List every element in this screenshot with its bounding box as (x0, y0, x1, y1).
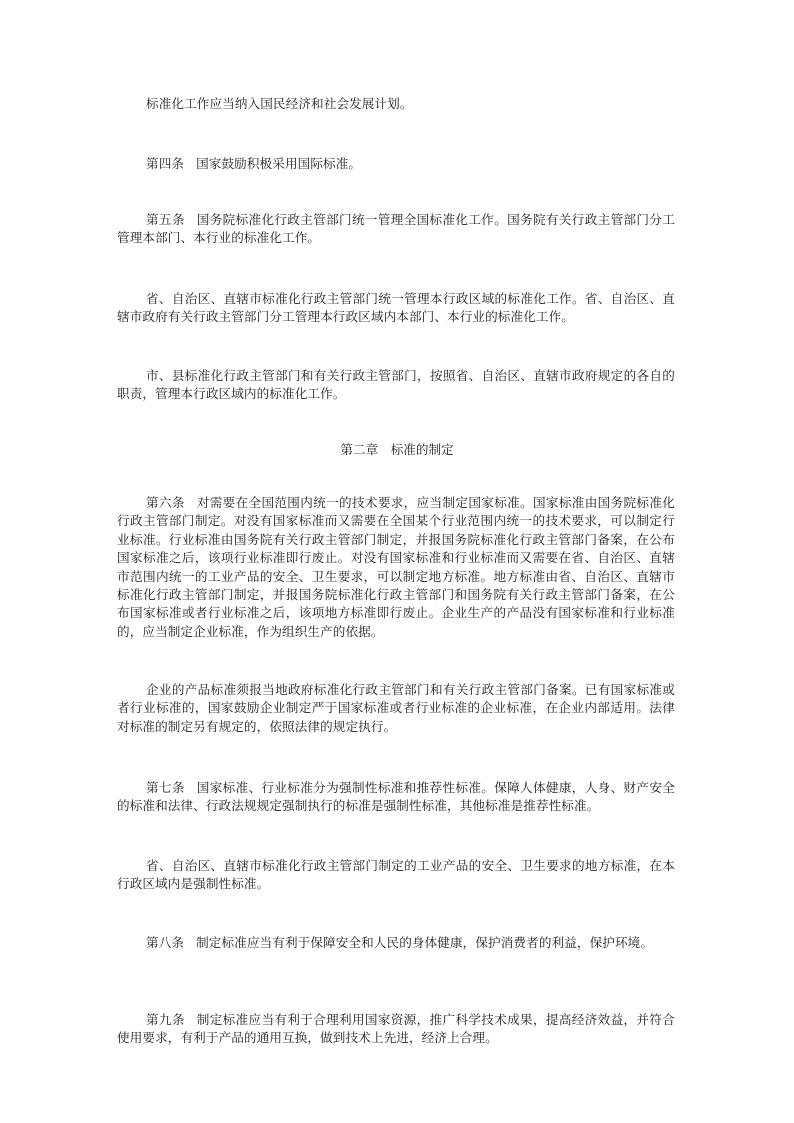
article-number: 第四条 (146, 156, 184, 171)
article-9: 第九条制定标准应当有利于合理利用国家资源，推广科学技术成果，提高经济效益，并符合… (117, 1011, 675, 1048)
article-number: 第六条 (146, 495, 185, 510)
paragraph-text: 省、自治区、直辖市标准化行政主管部门制定的工业产品的安全、卫生要求的地方标准，在… (117, 858, 675, 891)
paragraph-local-mandatory: 省、自治区、直辖市标准化行政主管部门制定的工业产品的安全、卫生要求的地方标准，在… (117, 857, 675, 894)
paragraph-provincial-management: 省、自治区、直辖市标准化行政主管部门统一管理本行政区域的标准化工作。省、自治区、… (117, 290, 675, 327)
paragraph-text: 标准化工作应当纳入国民经济和社会发展计划。 (146, 96, 413, 111)
paragraph-text: 国务院标准化行政主管部门统一管理全国标准化工作。国务院有关行政主管部门分工管理本… (117, 212, 675, 245)
paragraph-text: 制定标准应当有利于合理利用国家资源，推广科学技术成果，提高经济效益，并符合使用要… (117, 1012, 675, 1045)
article-number: 第五条 (146, 212, 185, 227)
article-7: 第七条国家标准、行业标准分为强制性标准和推荐性标准。保障人体健康，人身、财产安全… (117, 779, 675, 816)
article-8: 第八条制定标准应当有利于保障安全和人民的身体健康，保护消费者的利益，保护环境。 (117, 934, 675, 952)
article-5: 第五条国务院标准化行政主管部门统一管理全国标准化工作。国务院有关行政主管部门分工… (117, 211, 675, 248)
paragraph-text: 国家标准、行业标准分为强制性标准和推荐性标准。保障人体健康，人身、财产安全的标准… (117, 780, 675, 813)
article-number: 第九条 (146, 1012, 185, 1027)
article-number: 第七条 (146, 780, 185, 795)
paragraph-text: 企业的产品标准须报当地政府标准化行政主管部门和有关行政主管部门备案。已有国家标准… (117, 682, 675, 734)
paragraph-text: 对需要在全国范围内统一的技术要求，应当制定国家标准。国家标准由国务院标准化行政主… (117, 495, 675, 639)
document-page: 标准化工作应当纳入国民经济和社会发展计划。 第四条国家鼓励积极采用国际标准。 第… (0, 0, 794, 1123)
article-4: 第四条国家鼓励积极采用国际标准。 (117, 155, 675, 173)
paragraph-text: 国家鼓励积极采用国际标准。 (196, 156, 361, 171)
paragraph-text: 制定标准应当有利于保障安全和人民的身体健康，保护消费者的利益，保护环境。 (196, 935, 653, 950)
paragraph-city-county-management: 市、县标准化行政主管部门和有关行政主管部门，按照省、自治区、直辖市政府规定的各自… (117, 367, 675, 404)
chapter-heading: 第二章 标准的制定 (0, 441, 794, 459)
article-number: 第八条 (146, 935, 184, 950)
paragraph-text: 市、县标准化行政主管部门和有关行政主管部门，按照省、自治区、直辖市政府规定的各自… (117, 368, 675, 401)
paragraph-planning: 标准化工作应当纳入国民经济和社会发展计划。 (117, 95, 675, 113)
paragraph-enterprise-standards: 企业的产品标准须报当地政府标准化行政主管部门和有关行政主管部门备案。已有国家标准… (117, 681, 675, 736)
paragraph-text: 省、自治区、直辖市标准化行政主管部门统一管理本行政区域的标准化工作。省、自治区、… (117, 291, 675, 324)
article-6: 第六条对需要在全国范围内统一的技术要求，应当制定国家标准。国家标准由国务院标准化… (117, 494, 675, 641)
